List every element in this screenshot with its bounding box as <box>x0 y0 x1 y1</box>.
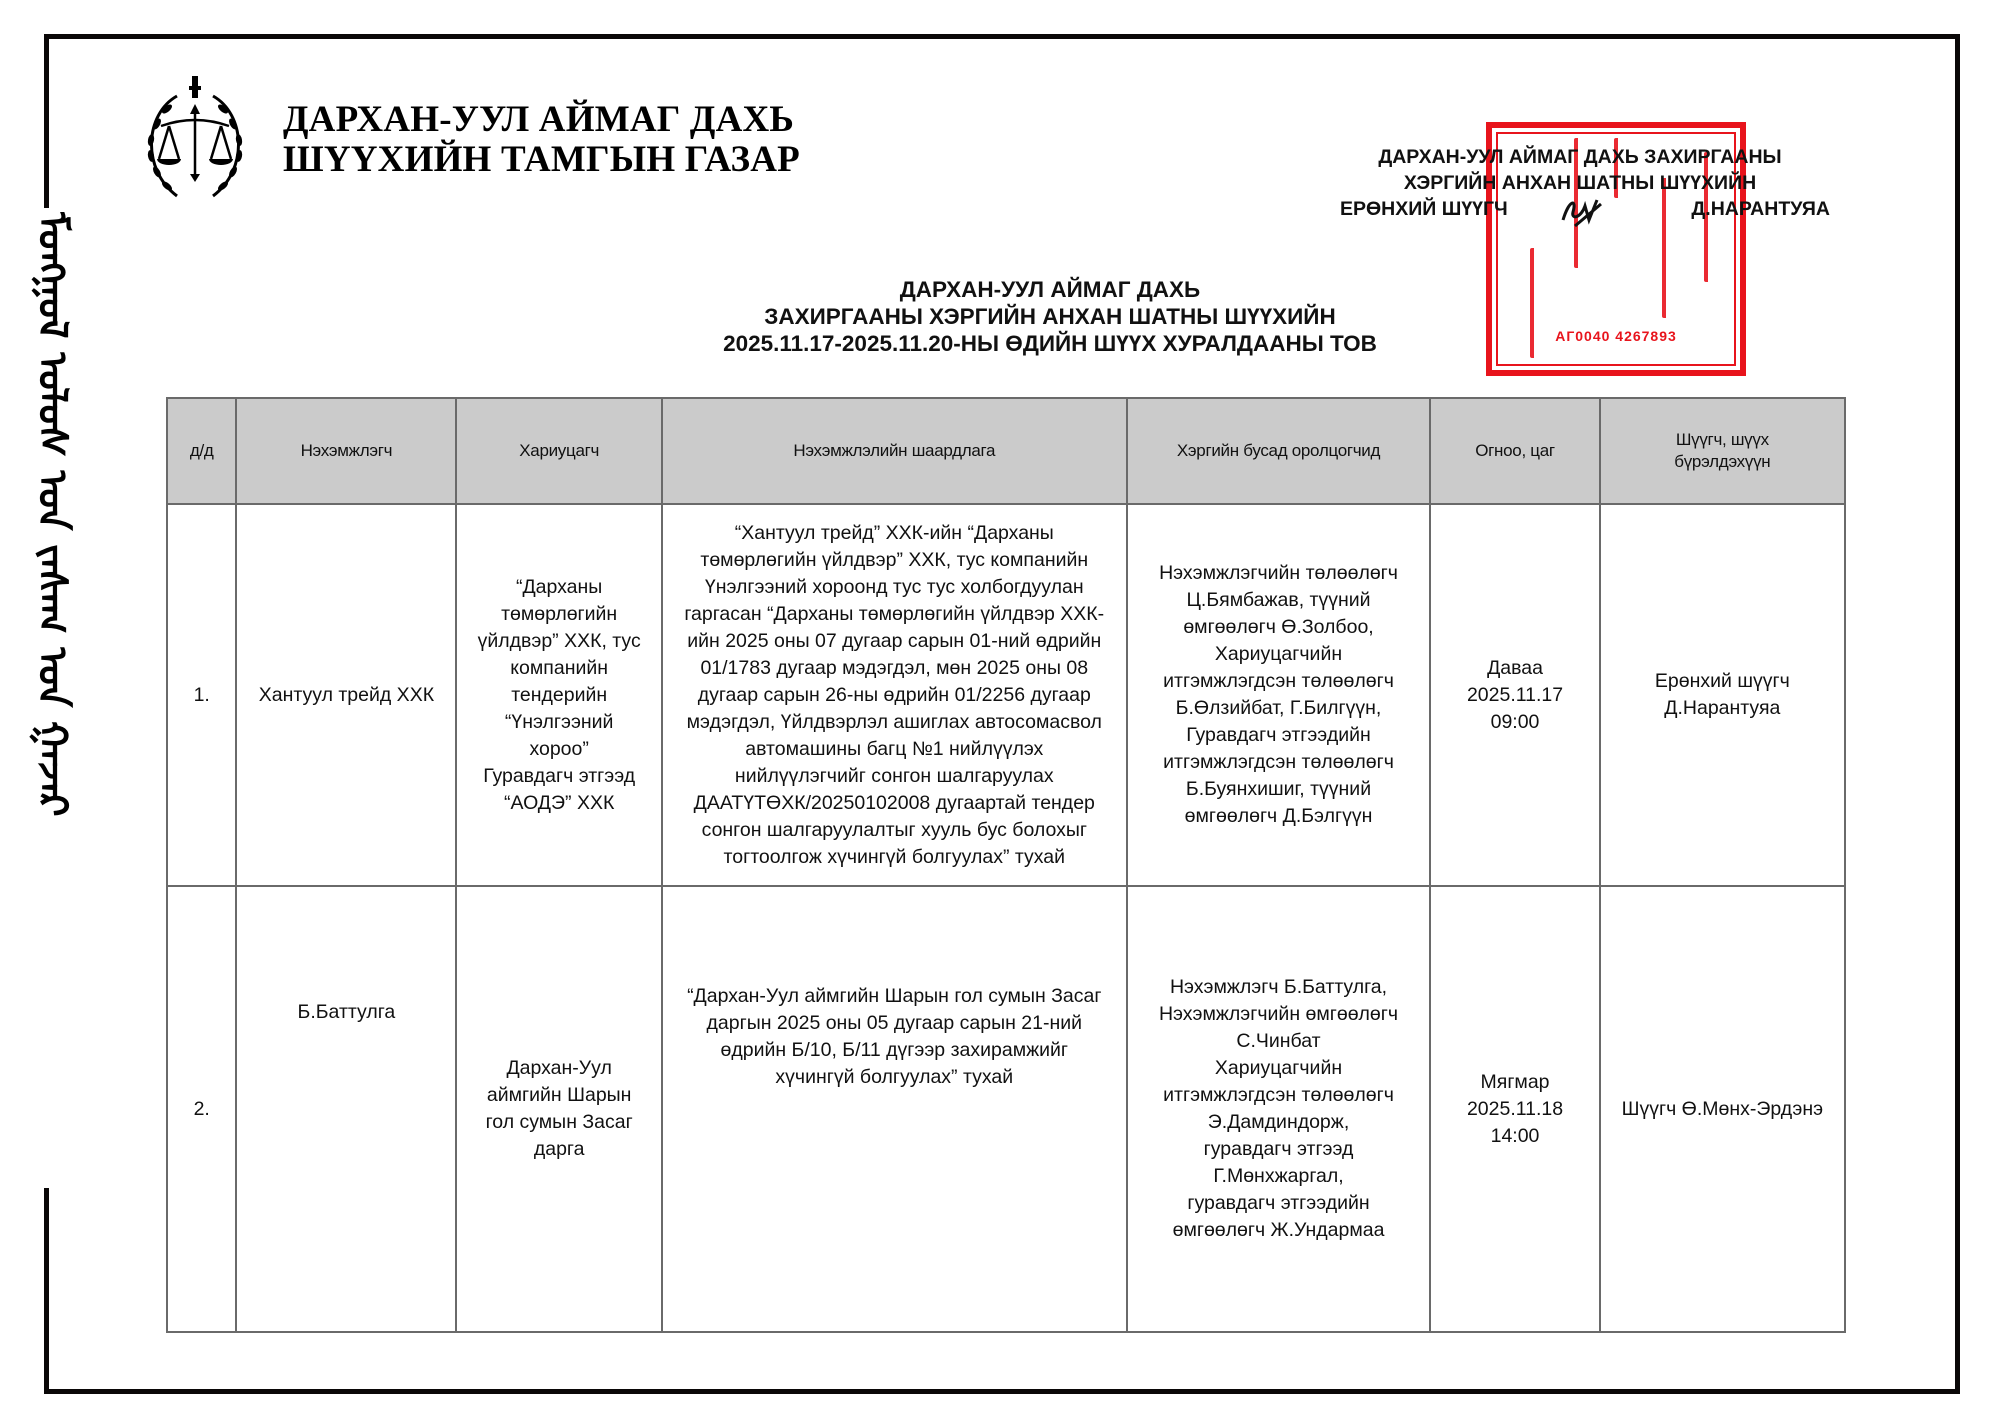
table-row: 1. Хантуул трейд ХХК “Дарханы төмөрлөгий… <box>167 504 1845 886</box>
title-line2: ЗАХИРГААНЫ ХЭРГИЙН АНХАН ШАТНЫ ШҮҮХИЙН <box>640 303 1460 330</box>
cell-claim: “Дархан-Уул аймгийн Шарын гол сумын Заса… <box>662 886 1127 1332</box>
cell-defendant: Дархан-Уул аймгийн Шарын гол сумын Засаг… <box>456 886 662 1332</box>
column-header-number: д/д <box>167 398 236 504</box>
cell-claim: “Хантуул трейд” ХХК-ийн “Дарханы төмөрлө… <box>662 504 1127 886</box>
title-line3: 2025.11.17-2025.11.20-НЫ ӨДИЙН ШҮҮХ ХУРА… <box>640 330 1460 357</box>
approval-name: Д.НАРАНТУЯА <box>1691 196 1830 222</box>
cell-other-participants: Нэхэмжлэгчийн төлөөлөгч Ц.Бямбажав, түүн… <box>1127 504 1431 886</box>
column-header-claim: Нэхэмжлэлийн шаардлага <box>662 398 1127 504</box>
cell-plaintiff: Хантуул трейд ХХК <box>236 504 456 886</box>
approval-position: ЕРӨНХИЙ ШҮҮГЧ <box>1340 196 1508 222</box>
org-name-line1: ДАРХАН-УУЛ АЙМАГ ДАХЬ <box>283 100 800 140</box>
stamp-registration-number: АГ0040 4267893 <box>1492 328 1740 344</box>
signature-icon <box>1555 190 1615 230</box>
mongolian-script-margin-text: ᠮᠣᠩᠭᠣᠯ ᠤᠯᠤᠰ ᠤᠨ ᠵᠠᠰᠠᠭ ᠤᠨ ᠭᠠᠵᠠᠷ <box>22 212 82 1182</box>
column-header-judge: Шүүгч, шүүх бүрэлдэхүүн <box>1600 398 1845 504</box>
court-emblem-scales-icon <box>137 74 253 208</box>
court-office-name: ДАРХАН-УУЛ АЙМАГ ДАХЬ ШҮҮХИЙН ТАМГЫН ГАЗ… <box>283 100 800 180</box>
org-name-line2: ШҮҮХИЙН ТАМГЫН ГАЗАР <box>283 140 800 180</box>
cell-date-time: Мягмар 2025.11.18 14:00 <box>1430 886 1599 1332</box>
cell-judge: Ерөнхий шүүгч Д.Нарантуяа <box>1600 504 1845 886</box>
document-title: ДАРХАН-УУЛ АЙМАГ ДАХЬ ЗАХИРГААНЫ ХЭРГИЙН… <box>640 276 1460 357</box>
cell-other-participants: Нэхэмжлэгч Б.Баттулга, Нэхэмжлэгчийн өмг… <box>1127 886 1431 1332</box>
table-row: 2. Б.Баттулга Дархан-Уул аймгийн Шарын г… <box>167 886 1845 1332</box>
cell-defendant: “Дарханы төмөрлөгийн үйлдвэр” ХХК, тус к… <box>456 504 662 886</box>
cell-plaintiff: Б.Баттулга <box>236 886 456 1332</box>
table-header-row: д/д Нэхэмжлэгч Хариуцагч Нэхэмжлэлийн ша… <box>167 398 1845 504</box>
column-header-date-time: Огноо, цаг <box>1430 398 1599 504</box>
hearing-schedule-table: д/д Нэхэмжлэгч Хариуцагч Нэхэмжлэлийн ша… <box>166 397 1846 1333</box>
title-line1: ДАРХАН-УУЛ АЙМАГ ДАХЬ <box>640 276 1460 303</box>
cell-number: 1. <box>167 504 236 886</box>
cell-judge: Шүүгч Ө.Мөнх-Эрдэнэ <box>1600 886 1845 1332</box>
approval-line1: ДАРХАН-УУЛ АЙМАГ ДАХЬ ЗАХИРГААНЫ <box>1330 144 1830 170</box>
column-header-other-participants: Хэргийн бусад оролцогчид <box>1127 398 1431 504</box>
cell-number: 2. <box>167 886 236 1332</box>
cell-date-time: Даваа 2025.11.17 09:00 <box>1430 504 1599 886</box>
column-header-defendant: Хариуцагч <box>456 398 662 504</box>
column-header-plaintiff: Нэхэмжлэгч <box>236 398 456 504</box>
